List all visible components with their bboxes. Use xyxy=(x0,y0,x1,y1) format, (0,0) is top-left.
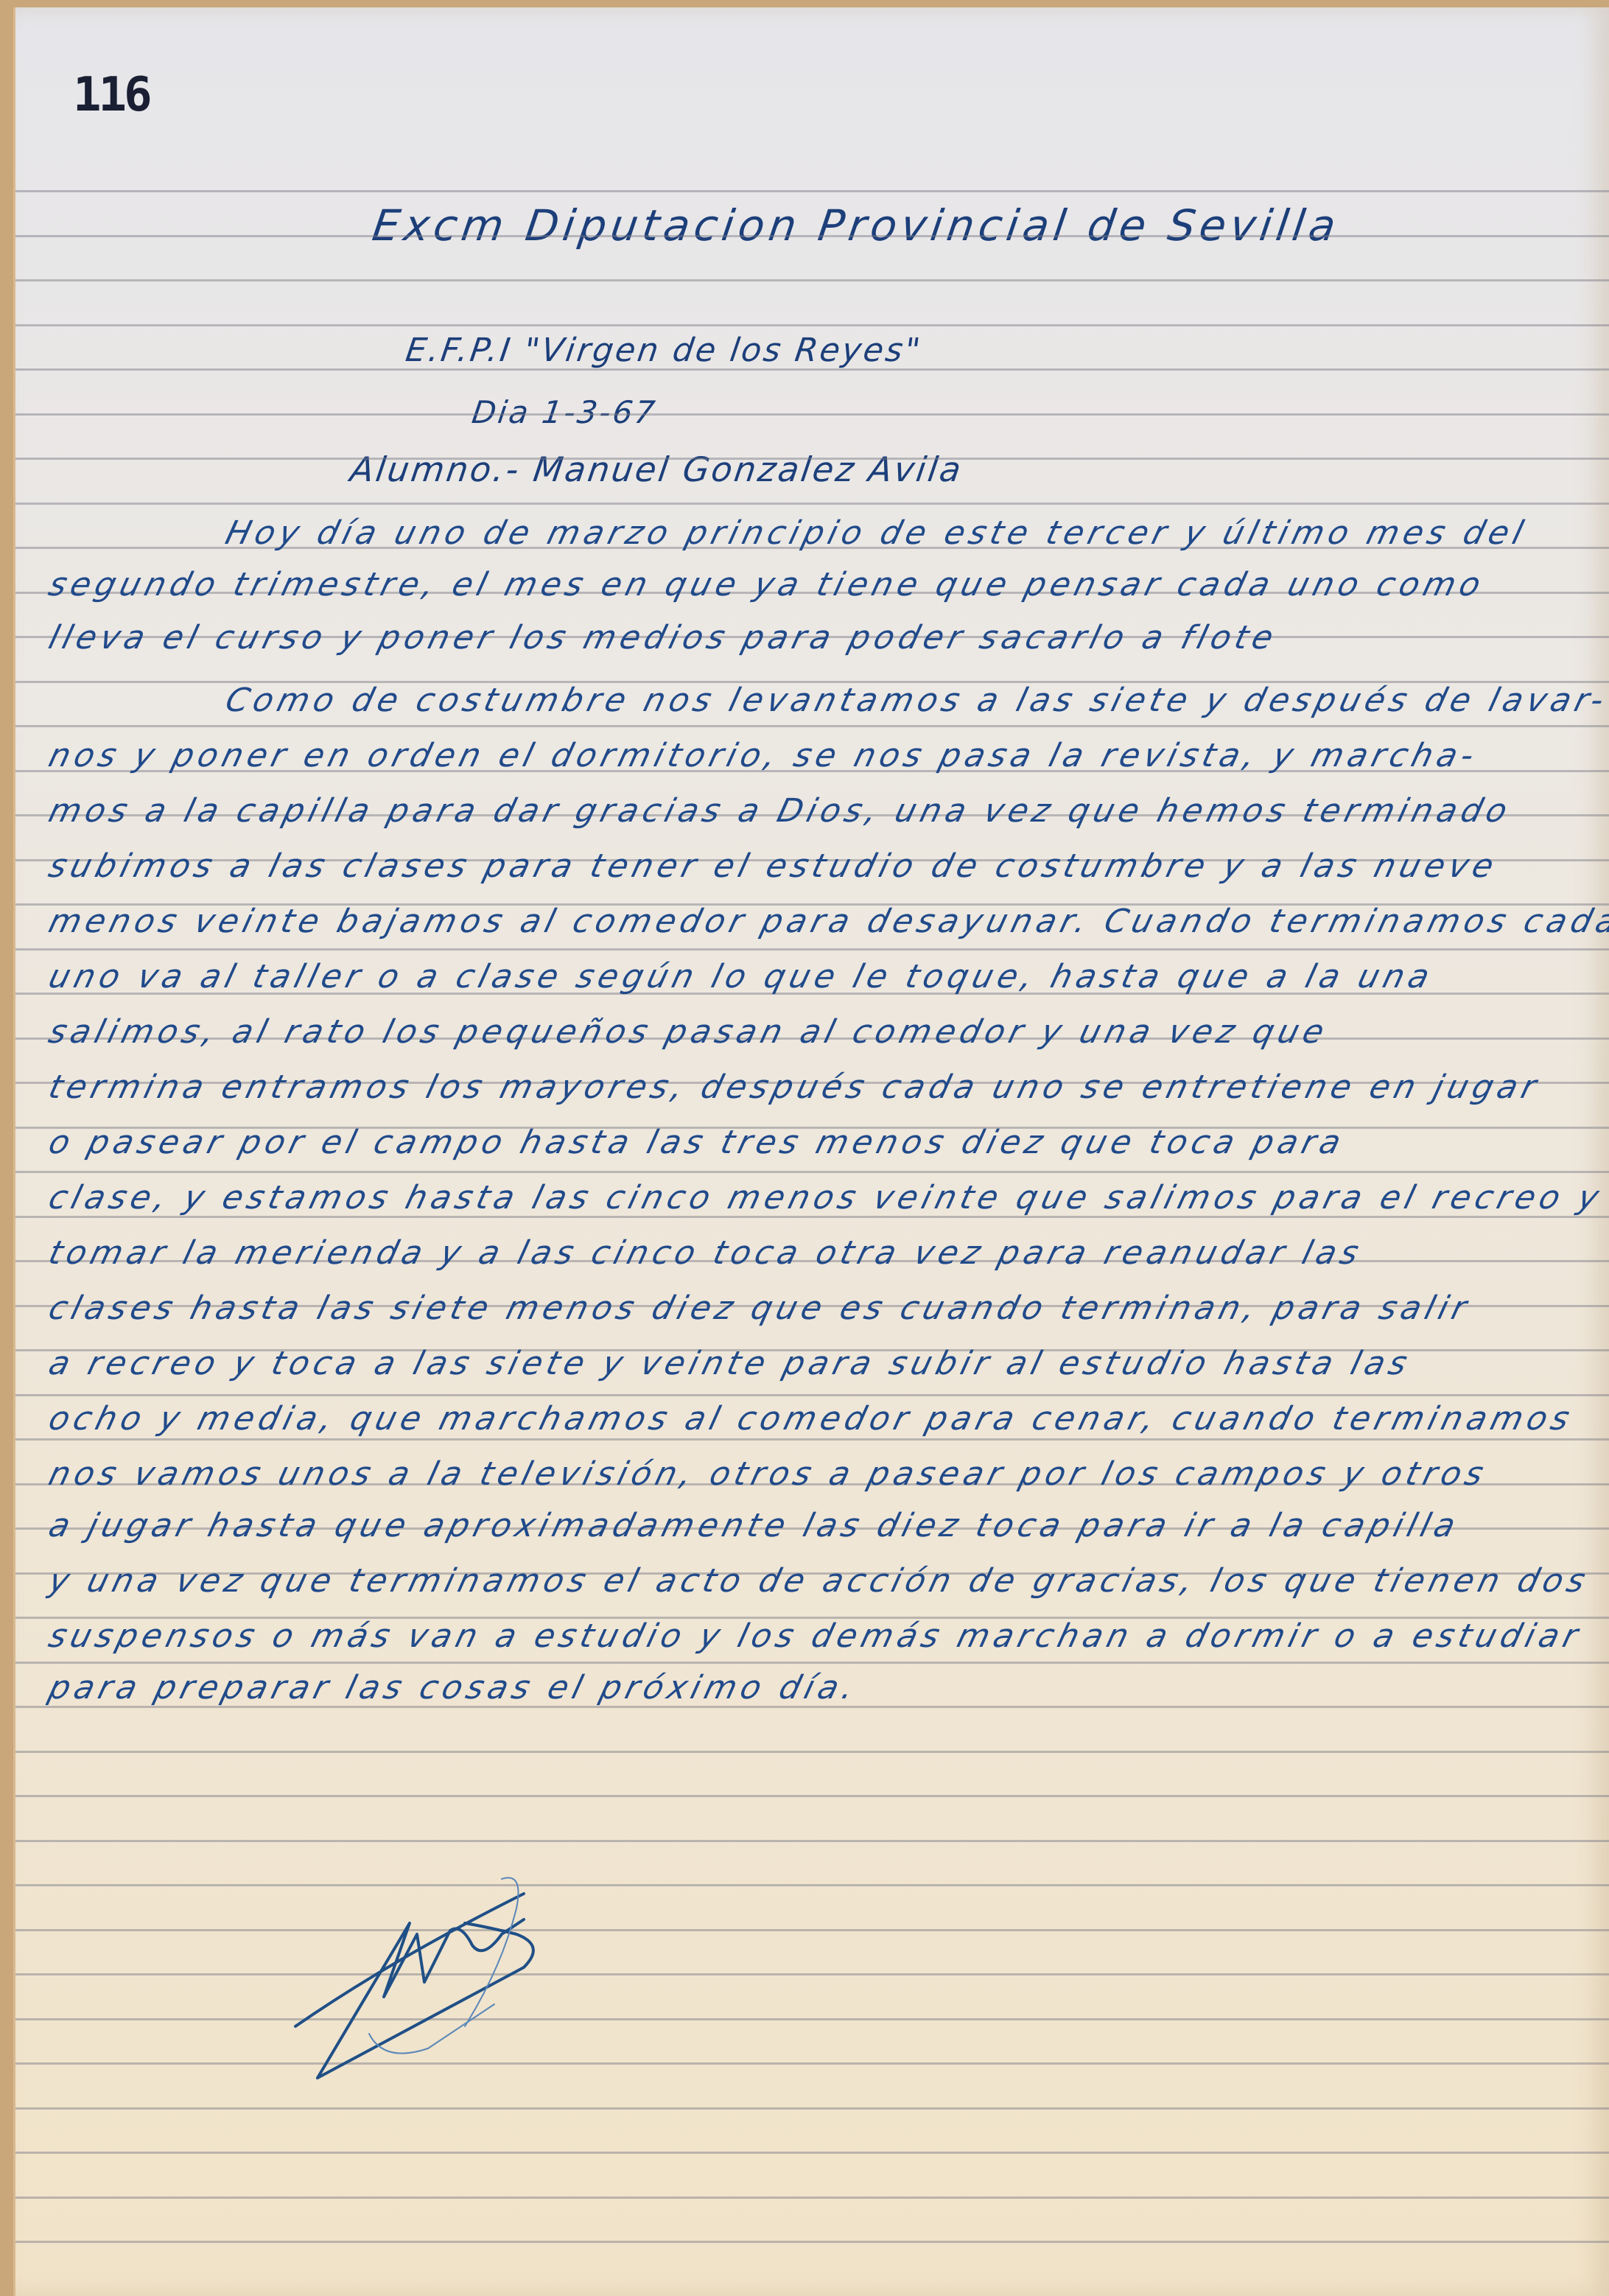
school-name: E.F.P.I "Virgen de los Reyes" xyxy=(403,332,924,369)
ruled-line xyxy=(15,1973,1609,1975)
handwritten-line: mos a la capilla para dar gracias a Dios… xyxy=(45,792,1609,830)
signature-icon xyxy=(281,1849,575,2100)
handwritten-line: suspensos o más van a estudio y los demá… xyxy=(45,1617,1609,1655)
ruled-line xyxy=(15,2241,1609,2243)
ruled-line xyxy=(15,2152,1609,2154)
ruled-line xyxy=(15,235,1609,237)
handwritten-line: a jugar hasta que aproximadamente las di… xyxy=(45,1507,1609,1544)
student-name: Alumno.- Manuel Gonzalez Avila xyxy=(348,449,965,489)
handwritten-line: Hoy día uno de marzo principio de este t… xyxy=(222,514,1609,552)
entry-date: Dia 1-3-67 xyxy=(470,394,659,430)
handwritten-line: Como de costumbre nos levantamos a las s… xyxy=(222,682,1609,719)
handwritten-line: o pasear por el campo hasta las tres men… xyxy=(45,1124,1609,1161)
ruled-line xyxy=(15,324,1609,326)
ruled-line xyxy=(15,1662,1609,1664)
ruled-line xyxy=(15,279,1609,281)
ruled-line xyxy=(15,948,1609,951)
ruled-line xyxy=(15,1171,1609,1173)
handwritten-line: clases hasta las siete menos diez que es… xyxy=(45,1289,1609,1327)
handwritten-line: y una vez que terminamos el acto de acci… xyxy=(45,1562,1609,1600)
handwritten-line: para preparar las cosas el próximo día. xyxy=(45,1669,1609,1707)
notebook-page: 116 Excm Diputacion Provincial de Sevill… xyxy=(13,7,1609,2296)
handwritten-line: clase, y estamos hasta las cinco menos v… xyxy=(45,1179,1609,1217)
document-title: Excm Diputacion Provincial de Sevilla xyxy=(369,200,1343,251)
handwritten-line: nos vamos unos a la televisión, otros a … xyxy=(45,1455,1609,1493)
ruled-line xyxy=(15,1884,1609,1886)
ruled-line xyxy=(15,1795,1609,1797)
ruled-line xyxy=(15,458,1609,460)
ruled-line xyxy=(15,1751,1609,1753)
ruled-line xyxy=(15,1438,1609,1441)
handwritten-line: uno va al taller o a clase según lo que … xyxy=(45,958,1609,995)
ruled-line xyxy=(15,413,1609,416)
ruled-line xyxy=(15,1840,1609,1842)
handwritten-line: a recreo y toca a las siete y veinte par… xyxy=(45,1345,1609,1382)
handwritten-line: subimos a las clases para tener el estud… xyxy=(45,847,1609,885)
ruled-line xyxy=(15,2197,1609,2199)
handwritten-line: nos y poner en orden el dormitorio, se n… xyxy=(45,737,1609,774)
handwritten-line: segundo trimestre, el mes en que ya tien… xyxy=(45,566,1609,603)
handwritten-line: termina entramos los mayores, después ca… xyxy=(45,1068,1609,1106)
ruled-line xyxy=(15,1394,1609,1396)
handwritten-line: menos veinte bajamos al comedor para des… xyxy=(45,903,1609,940)
ruled-line xyxy=(15,503,1609,505)
handwritten-line: ocho y media, que marchamos al comedor p… xyxy=(45,1400,1609,1438)
ruled-line xyxy=(15,2062,1609,2065)
ruled-line xyxy=(15,190,1609,192)
page-number: 116 xyxy=(73,68,150,122)
handwritten-line: tomar la merienda y a las cinco toca otr… xyxy=(45,1234,1609,1272)
handwritten-line: salimos, al rato los pequeños pasan al c… xyxy=(45,1013,1609,1051)
ruled-line xyxy=(15,1929,1609,1931)
ruled-line xyxy=(15,2107,1609,2110)
ruled-line xyxy=(15,2018,1609,2020)
handwritten-line: lleva el curso y poner los medios para p… xyxy=(45,619,1609,657)
ruled-line xyxy=(15,368,1609,371)
ruled-line xyxy=(15,725,1609,727)
